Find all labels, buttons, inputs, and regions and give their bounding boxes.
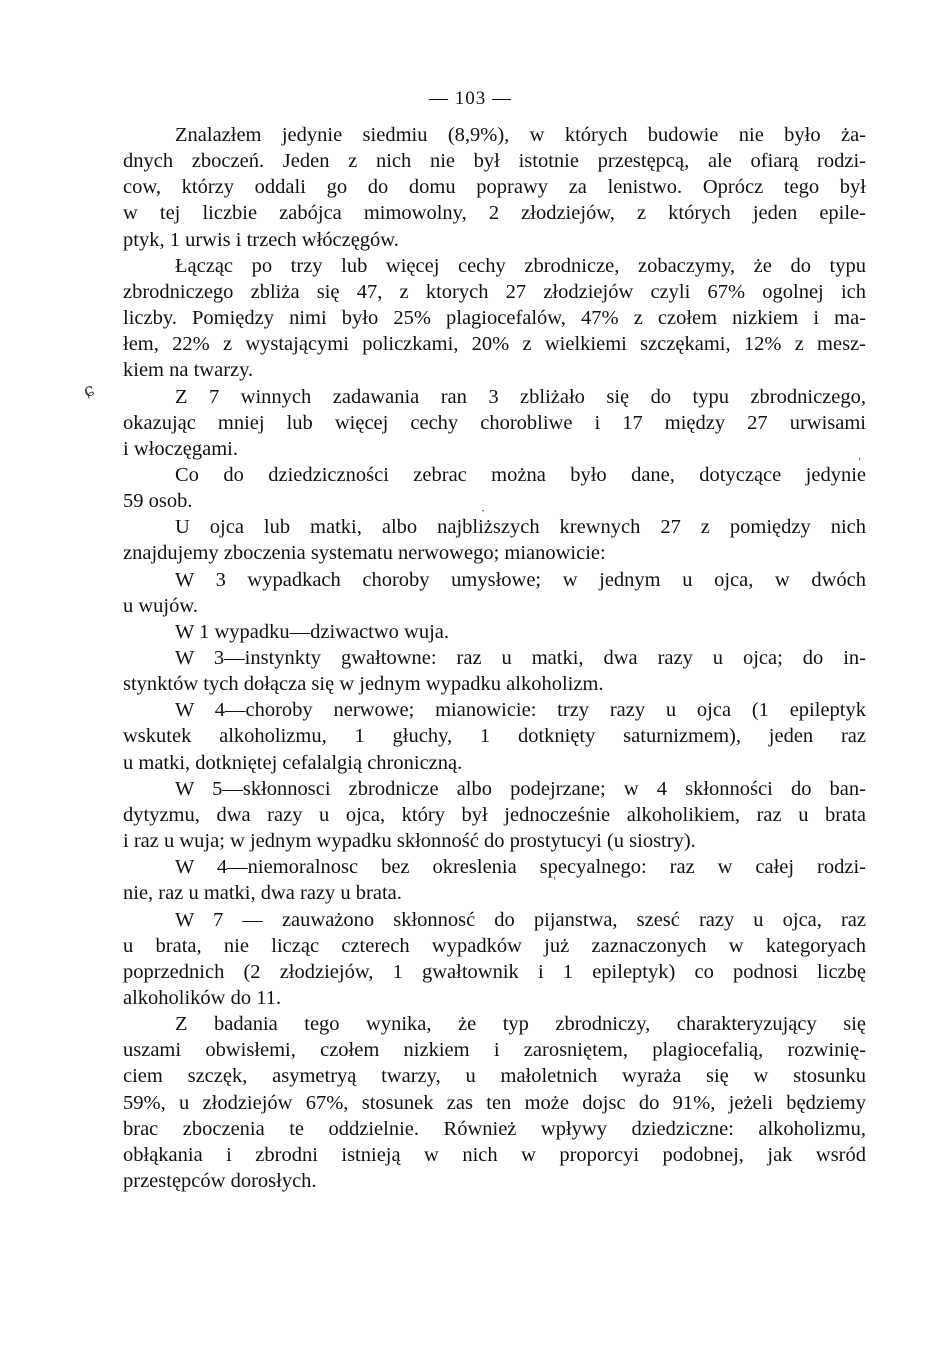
text-line: 59%, u złodziejów 67%, stosunek zas ten … [123, 1090, 866, 1116]
margin-annotation-mark: ɕ [81, 379, 98, 402]
text-line: cow, którzy oddali go do domu poprawy za… [123, 174, 866, 200]
text-line: alkoholików do 11. [123, 985, 866, 1011]
text-line: W 1 wypadku—dziwactwo wuja. [175, 619, 866, 645]
text-line: wskutek alkoholizmu, 1 głuchy, 1 dotknię… [123, 723, 866, 749]
text-line: Co do dziedziczności zebrac można było d… [175, 462, 866, 488]
speck-mark: ˈ [553, 875, 556, 889]
text-line: brac zboczenia te oddzielnie. Również wp… [123, 1116, 866, 1142]
text-line: Znalazłem jedynie siedmiu (8,9%), w któr… [175, 122, 866, 148]
text-line: w tej liczbie zabójca mimowolny, 2 złodz… [123, 200, 866, 226]
text-line: U ojca lub matki, albo najbliższych krew… [175, 514, 866, 540]
text-line: zbrodniczego zbliża się 47, z ktorych 27… [123, 279, 866, 305]
text-line: okazując mniej lub więcej cechy chorobli… [123, 410, 866, 436]
text-line: Z 7 winnych zadawania ran 3 zbliżało się… [175, 384, 866, 410]
document-page: — 103 — Znalazłem jedynie siedmiu (8,9%)… [0, 0, 941, 1348]
text-line: W 3 wypadkach choroby umysłowe; w jednym… [175, 567, 866, 593]
text-line: W 4—niemoralnosc bez okreslenia specyaln… [175, 854, 866, 880]
text-line: Z badania tego wynika, że typ zbrodniczy… [175, 1011, 866, 1037]
text-line: kiem na twarzy. [123, 357, 866, 383]
text-line: W 5—skłonnosci zbrodnicze albo podejrzan… [175, 776, 866, 802]
text-line: ptyk, 1 urwis i trzech włóczęgów. [123, 227, 866, 253]
text-line: stynktów tych dołącza się w jednym wypad… [123, 671, 866, 697]
text-line: u brata, nie licząc czterech wypadków ju… [123, 933, 866, 959]
text-line: obłąkania i zbrodni istnieją w nich w pr… [123, 1142, 866, 1168]
text-line: liczby. Pomiędzy nimi było 25% plagiocef… [123, 305, 866, 331]
text-line: dytyzmu, dwa razy u ojca, który był jedn… [123, 802, 866, 828]
text-line: u wujów. [123, 593, 866, 619]
speck-mark: · [481, 504, 485, 518]
text-line: nie, raz u matki, dwa razy u brata. [123, 880, 866, 906]
text-line: W 7 — zauważono skłonnosć do pijanstwa, … [175, 907, 866, 933]
text-line: Łącząc po trzy lub więcej cechy zbrodnic… [175, 253, 866, 279]
text-line: łem, 22% z wystającymi policzkami, 20% z… [123, 331, 866, 357]
text-line: 59 osob. [123, 488, 866, 514]
text-line: dnych zboczeń. Jeden z nich nie był isto… [123, 148, 866, 174]
text-line: poprzednich (2 złodziejów, 1 gwałtownik … [123, 959, 866, 985]
text-line: przestępców dorosłych. [123, 1168, 866, 1194]
text-line: uszami obwisłemi, czołem nizkiem i zaros… [123, 1037, 866, 1063]
text-line: i włoczęgami. [123, 436, 866, 462]
text-line: W 3—instynkty gwałtowne: raz u matki, dw… [175, 645, 866, 671]
text-line: i raz u wuja; w jednym wypadku skłonność… [123, 828, 866, 854]
text-line: znajdujemy zboczenia systematu nerwowego… [123, 540, 866, 566]
text-line: W 4—choroby nerwowe; mianowicie: trzy ra… [175, 697, 866, 723]
text-line: u matki, dotkniętej cefalalgią chroniczn… [123, 750, 866, 776]
speck-mark: ˈ [858, 456, 861, 470]
text-line: ciem szczęk, asymetryą twarzy, u małolet… [123, 1063, 866, 1089]
page-number: — 103 — [0, 88, 941, 110]
